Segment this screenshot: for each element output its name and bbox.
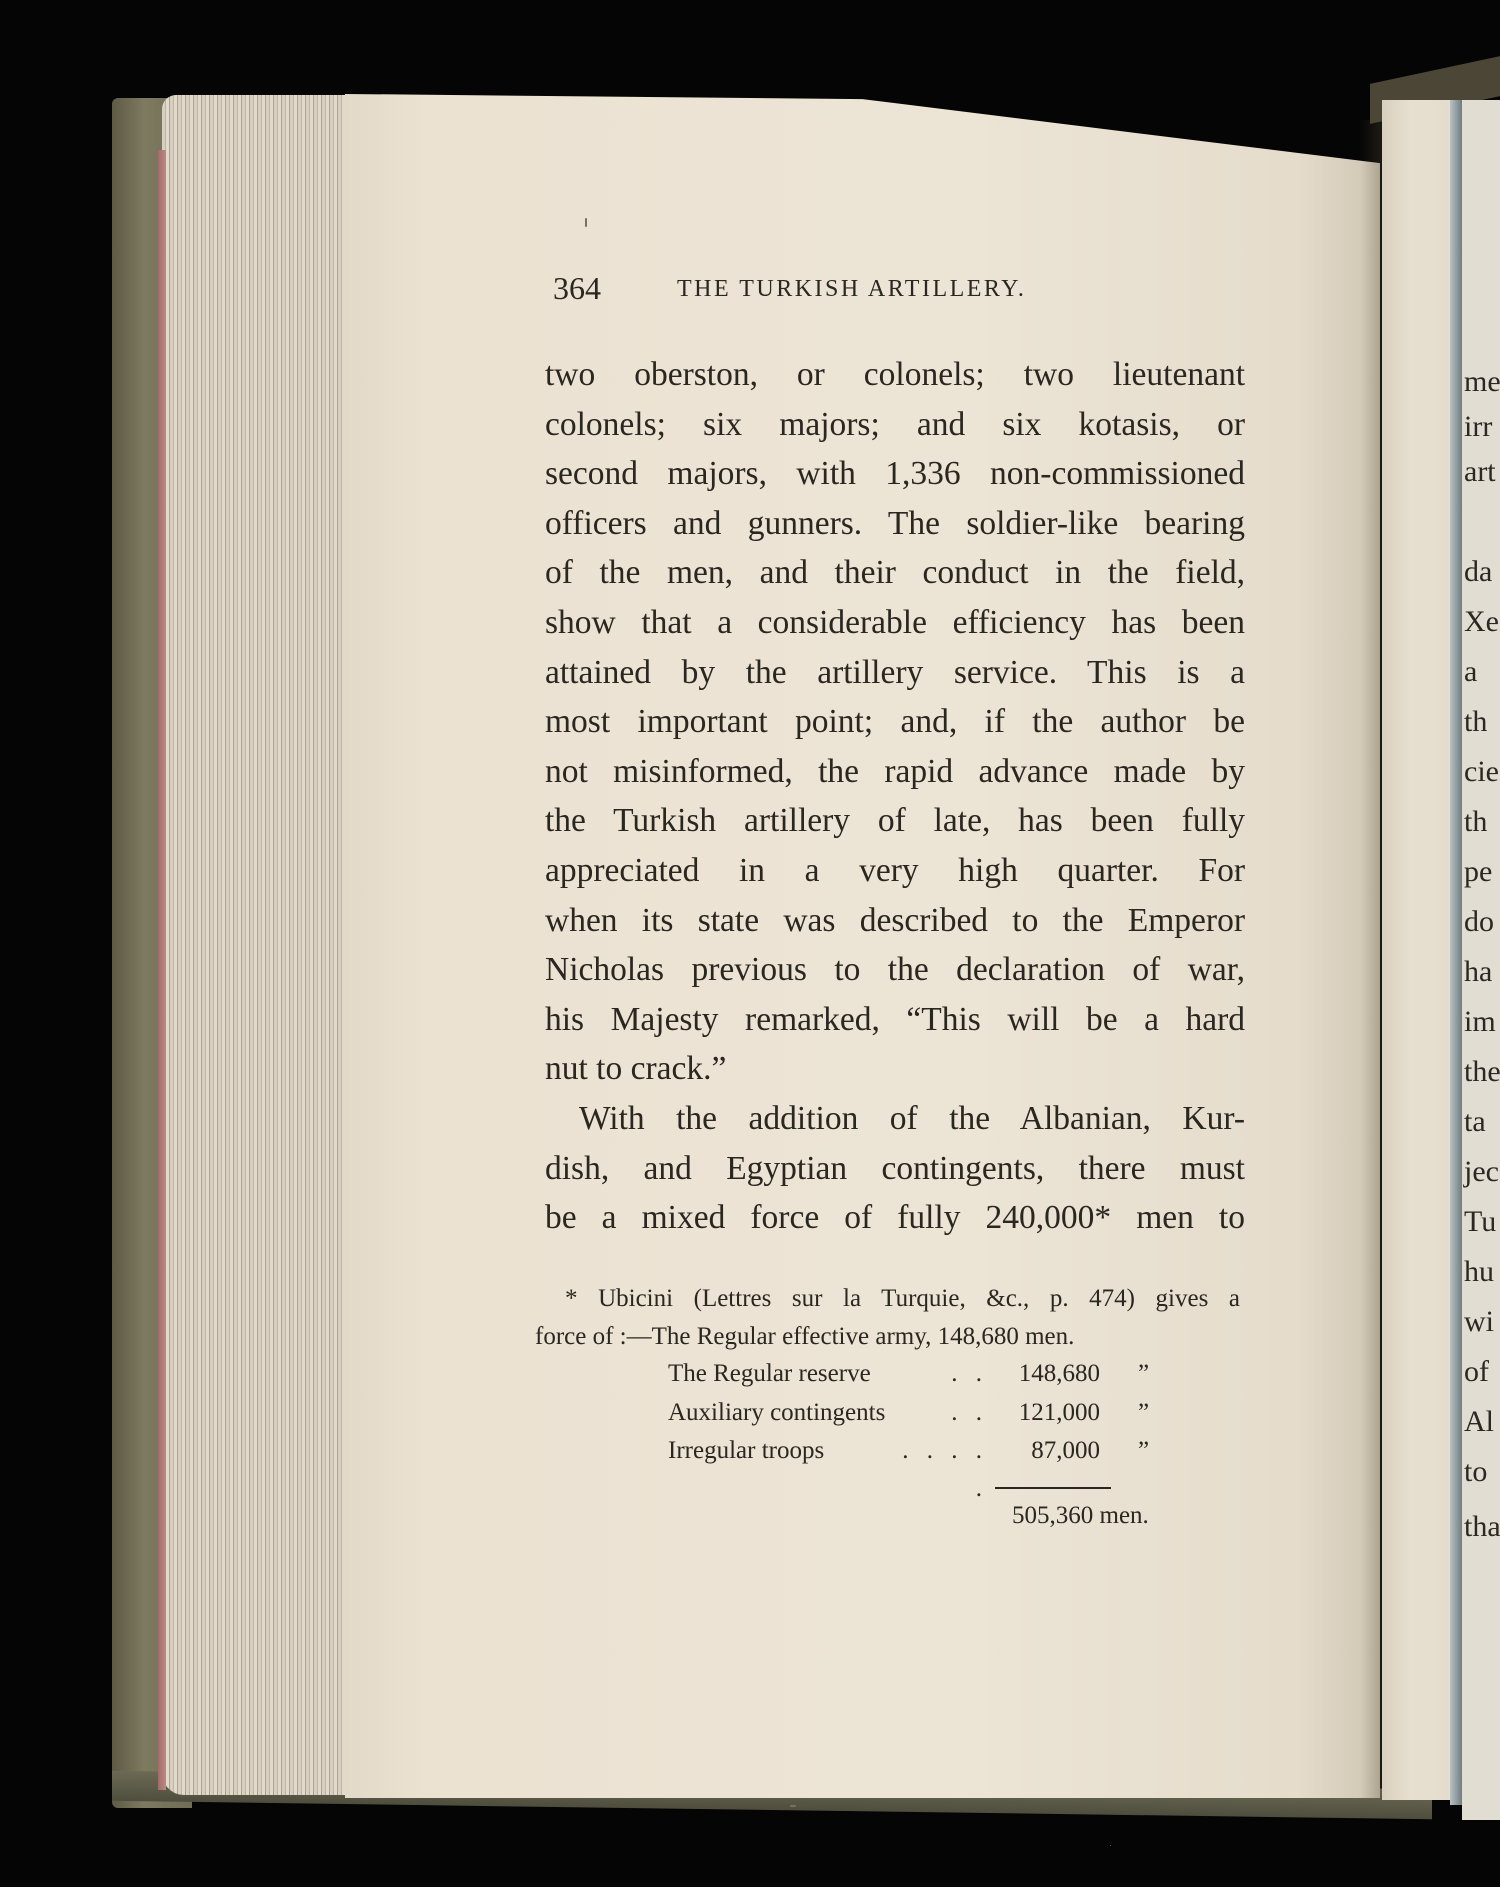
page-title: THE TURKISH ARTILLERY.	[677, 276, 1026, 303]
text-line: With the addition of the Albanian, Kur-	[545, 1094, 1245, 1144]
text-line: two oberston, or colonels; two lieutenan…	[545, 350, 1245, 400]
row-value: 121,000	[988, 1394, 1100, 1432]
facing-page-fragment: of	[1464, 1355, 1489, 1389]
facing-page-fragment: th	[1464, 805, 1487, 839]
row-value: 148,680	[988, 1355, 1100, 1393]
text-line: of the men, and their conduct in the fie…	[545, 548, 1245, 598]
footnote-table: The Regular reserve . . 148,680 ” Auxili…	[668, 1355, 1188, 1471]
text-line: colonels; six majors; and six kotasis, o…	[545, 400, 1245, 450]
row-label: Irregular troops	[668, 1432, 824, 1470]
right-blue-edge	[1450, 100, 1462, 1805]
row-value: 87,000	[988, 1432, 1100, 1470]
text-line: not misinformed, the rapid advance made …	[545, 747, 1245, 797]
footnote-row: Irregular troops . . . . . 87,000 ”	[668, 1432, 1188, 1471]
right-leaf	[1382, 100, 1452, 1800]
facing-page-fragment: im	[1464, 1005, 1496, 1039]
facing-page-fragment: Xe	[1464, 605, 1499, 639]
facing-page-fragment: to	[1464, 1455, 1487, 1489]
page-number: 364	[553, 270, 601, 307]
row-leader-dots: . . . . .	[898, 1432, 988, 1508]
facing-page-fragment: me	[1464, 365, 1500, 399]
text-line: second majors, with 1,336 non-commission…	[545, 449, 1245, 499]
body-text: two oberston, or colonels; two lieutenan…	[545, 350, 1245, 1243]
facing-page-fragment: cie	[1464, 755, 1499, 789]
row-leader-dots: . .	[898, 1355, 988, 1393]
text-line: appreciated in a very high quarter. For	[545, 846, 1245, 896]
text-line: be a mixed force of fully 240,000* men t…	[545, 1193, 1245, 1243]
text-line: most important point; and, if the author…	[545, 697, 1245, 747]
text-line: attained by the artillery service. This …	[545, 648, 1245, 698]
footnote-row: The Regular reserve . . 148,680 ”	[668, 1355, 1188, 1394]
row-leader-dots: . .	[898, 1394, 988, 1432]
facing-page-fragment: th	[1464, 705, 1487, 739]
footnote-total: 505,360 men.	[1012, 1502, 1149, 1530]
ditto-mark: ”	[1138, 1394, 1149, 1432]
facing-page: meirrartdaXeathciethpedohaimthetajecTuhu…	[1462, 100, 1500, 1820]
facing-page-fragment: a	[1464, 655, 1477, 689]
row-label: The Regular reserve	[668, 1355, 871, 1393]
facing-page-fragment: Tu	[1464, 1205, 1496, 1239]
footnote-row: Auxiliary contingents . . 121,000 ”	[668, 1394, 1188, 1433]
facing-page-fragment: wi	[1464, 1305, 1494, 1339]
text-line: his Majesty remarked, “This will be a ha…	[545, 995, 1245, 1045]
row-label: Auxiliary contingents	[668, 1394, 885, 1432]
text-line: the Turkish artillery of late, has been …	[545, 796, 1245, 846]
facing-page-fragment: irr	[1464, 410, 1492, 444]
facing-page-fragment: da	[1464, 555, 1492, 589]
facing-page-fragment: pe	[1464, 855, 1492, 889]
sum-rule	[995, 1487, 1111, 1489]
facing-page-fragment: jec	[1464, 1155, 1499, 1189]
footnote-line: * Ubicini (Lettres sur la Turquie, &c., …	[535, 1280, 1240, 1318]
footnote-line: force of :—The Regular effective army, 1…	[535, 1318, 1240, 1356]
ditto-mark: ”	[1138, 1432, 1149, 1470]
footnote: * Ubicini (Lettres sur la Turquie, &c., …	[535, 1280, 1240, 1356]
page-stack-edges	[162, 95, 352, 1795]
running-head: 364 THE TURKISH ARTILLERY.	[553, 270, 1273, 310]
text-line: dish, and Egyptian contingents, there mu…	[545, 1144, 1245, 1194]
ditto-mark: ”	[1138, 1355, 1149, 1393]
text-line: nut to crack.”	[545, 1044, 1245, 1094]
text-line: show that a considerable efficiency has …	[545, 598, 1245, 648]
facing-page-fragment: Al	[1464, 1405, 1494, 1439]
facing-page-fragment: tha	[1464, 1510, 1500, 1544]
facing-page-fragment: hu	[1464, 1255, 1494, 1289]
red-page-edge	[158, 150, 166, 1790]
facing-page-fragment: ha	[1464, 955, 1492, 989]
text-line: Nicholas previous to the declaration of …	[545, 945, 1245, 995]
facing-page-fragment: art	[1464, 455, 1496, 489]
facing-page-fragment: the	[1464, 1055, 1500, 1089]
text-line: officers and gunners. The soldier-like b…	[545, 499, 1245, 549]
facing-page-fragment: do	[1464, 905, 1494, 939]
text-line: when its state was described to the Empe…	[545, 896, 1245, 946]
facing-page-fragment: ta	[1464, 1105, 1486, 1139]
